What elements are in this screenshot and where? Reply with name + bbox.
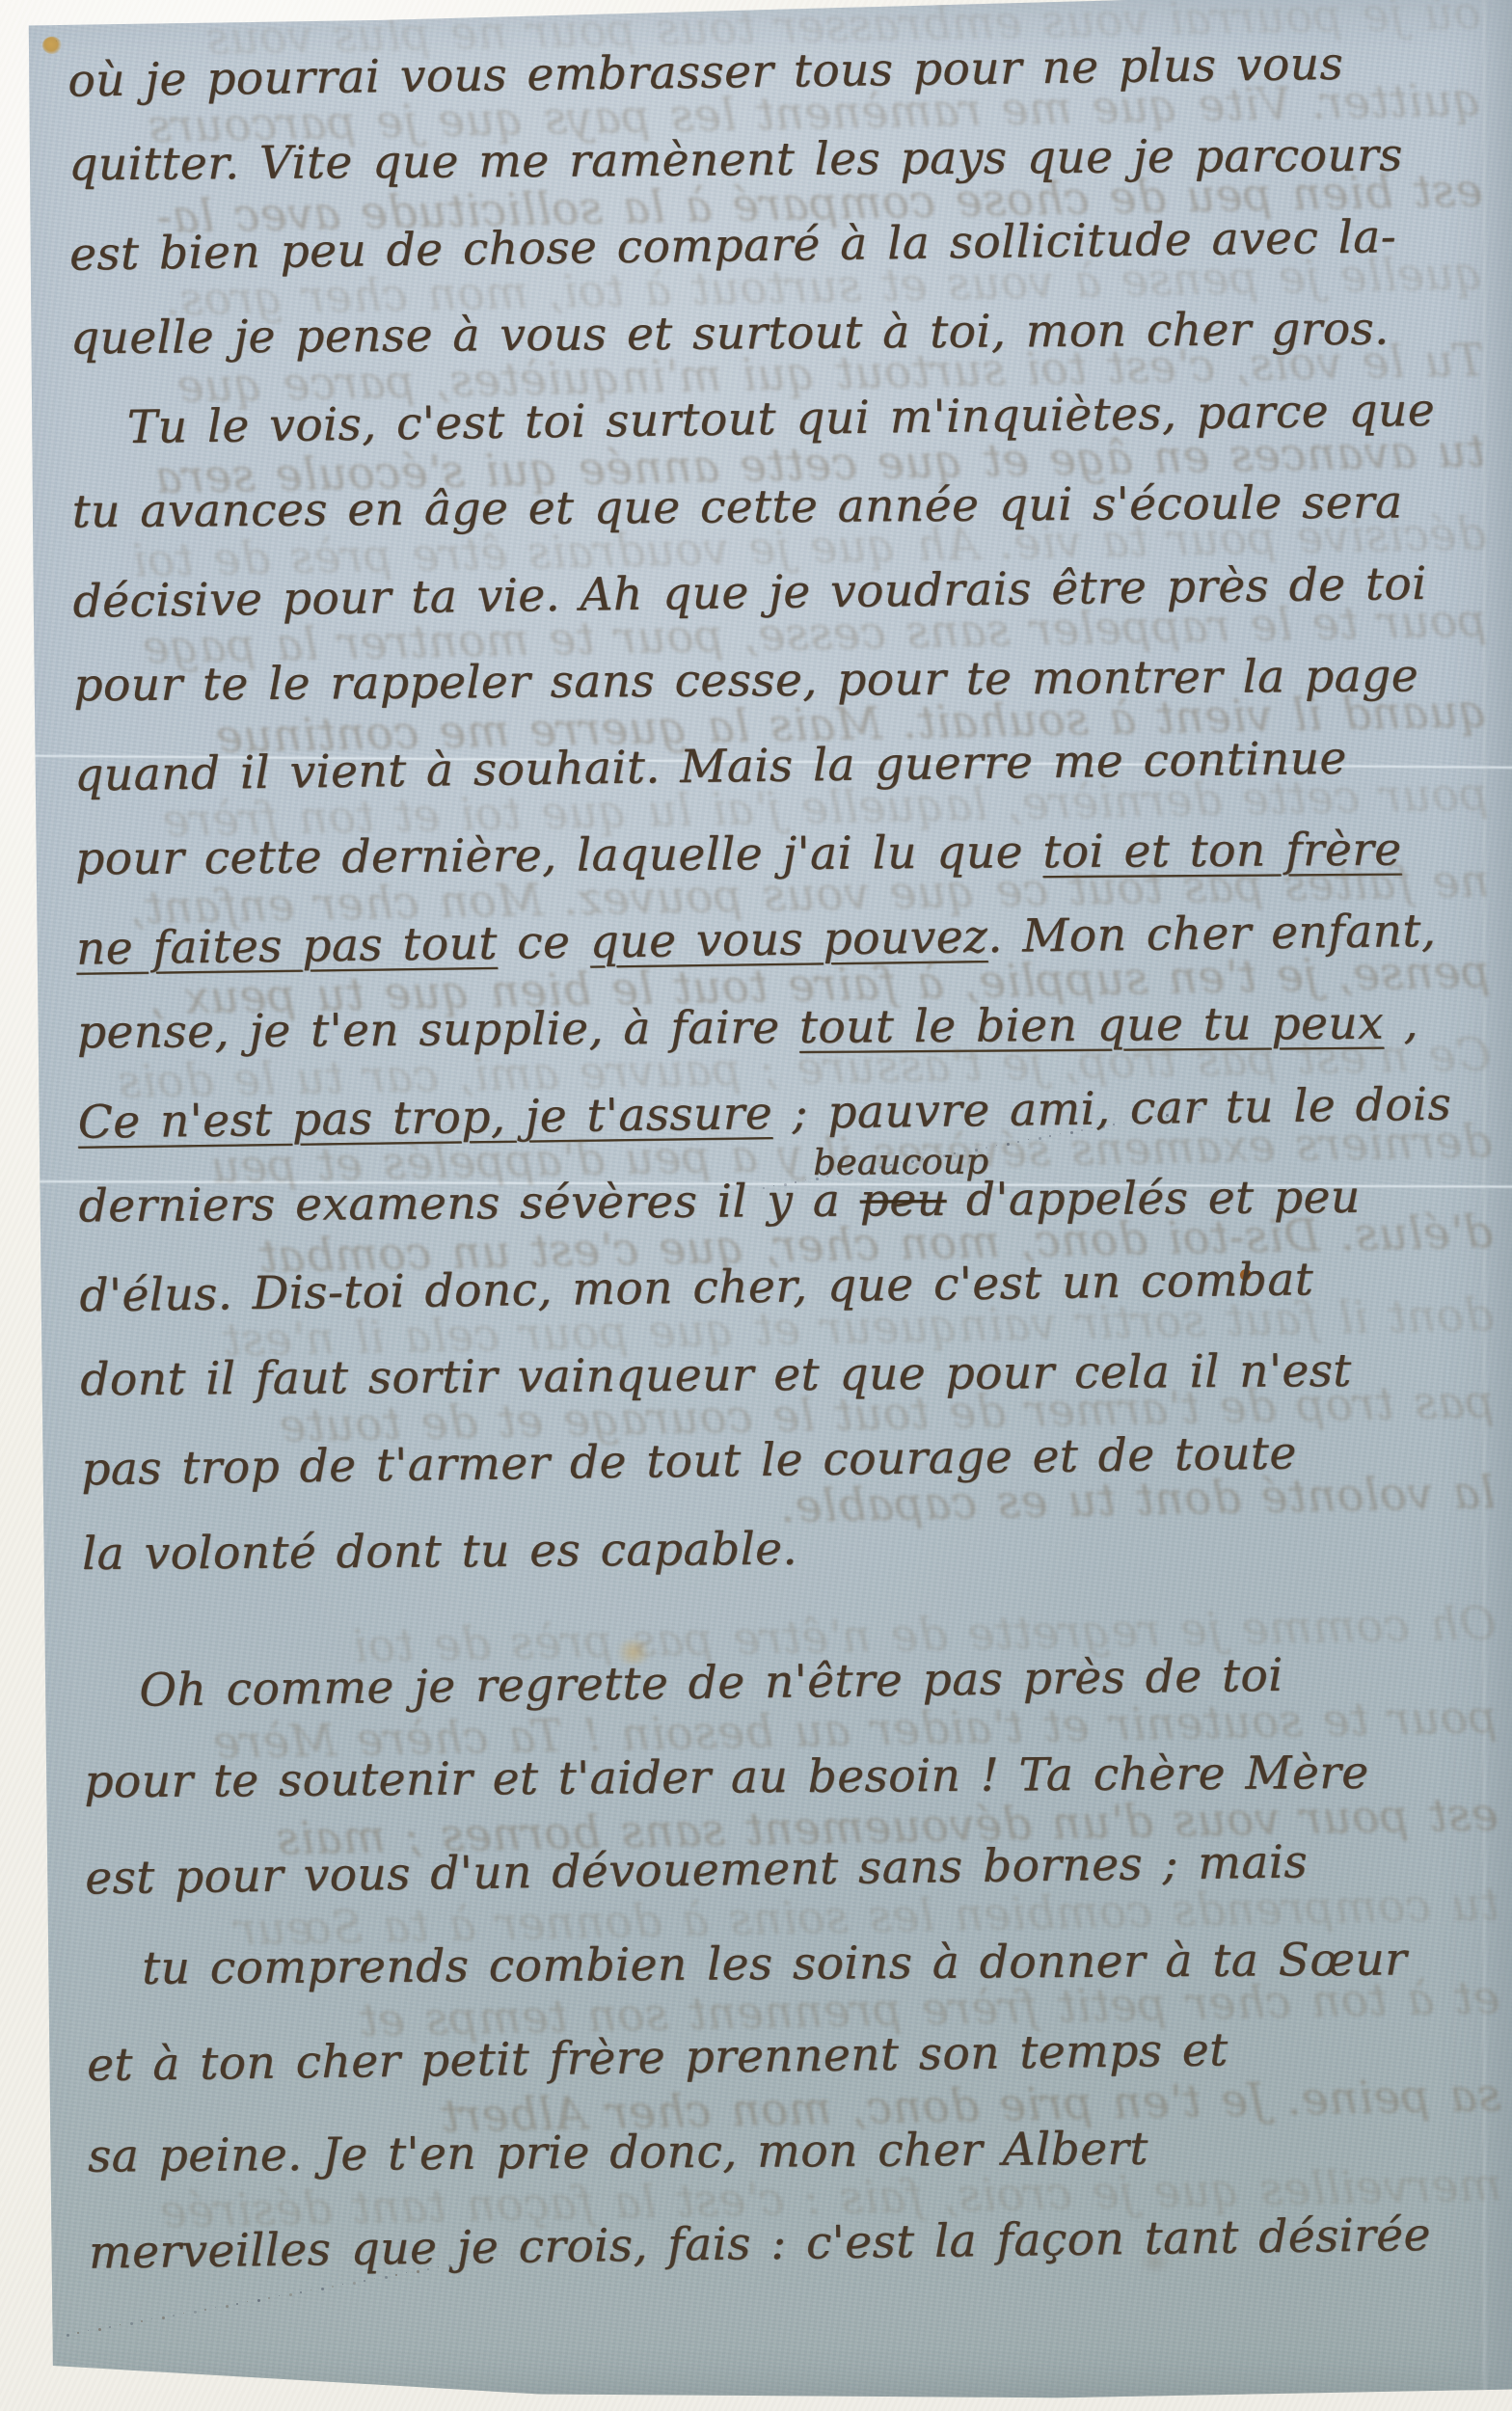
ink-text: Oh comme je regrette de n'être pas près … bbox=[139, 1632, 1284, 1736]
underlined-phrase: toi et ton frère bbox=[1042, 823, 1402, 879]
ink-text: ne faites pas tout ce que vous pouvez. M… bbox=[76, 891, 1437, 990]
text-segment: pense, je t'en supplie, à faire bbox=[77, 1001, 799, 1059]
ink-text: et à ton cher petit frère prennent son t… bbox=[87, 2006, 1229, 2110]
handwriting-line: tu avances en âge et que cette année qui… bbox=[71, 459, 1472, 559]
text-segment: Tu le vois, c'est toi surtout qui m'inqu… bbox=[127, 384, 1436, 454]
text-segment: tu comprends combien les soins à donner … bbox=[142, 1933, 1407, 1994]
text-segment: pour cette dernière, laquelle j'ai lu qu… bbox=[75, 826, 1043, 885]
underlined-phrase: que vous pouvez bbox=[589, 910, 987, 969]
text-segment: d'élus. Dis-toi donc, mon cher, que c'es… bbox=[79, 1253, 1313, 1322]
scan-background: { "meta": { "description": "Scanned sing… bbox=[0, 0, 1512, 2411]
paper-speck bbox=[247, 2301, 248, 2302]
handwriting-line: est pour vous d'un dévouement sans borne… bbox=[85, 1819, 1486, 1926]
ink-text: dont il faut sortir vainqueur et que pou… bbox=[80, 1331, 1352, 1421]
paper-speck bbox=[194, 2311, 197, 2314]
handwriting-line: pas trop de t'armer de tout le courage e… bbox=[81, 1414, 1482, 1514]
handwriting-line: pour cette dernière, laquelle j'ai lu qu… bbox=[75, 806, 1476, 907]
text-segment: quand il vient à souhait. Mais la guerre… bbox=[74, 732, 1347, 802]
handwriting-line: quand il vient à souhait. Mais la guerre… bbox=[74, 719, 1475, 820]
text-segment: . Mon cher enfant, bbox=[987, 905, 1437, 963]
text-segment: la volonté dont tu es capable. bbox=[82, 1523, 797, 1581]
ink-text: merveilles que je crois, fais : c'est la… bbox=[88, 2191, 1431, 2298]
paper-speck bbox=[130, 2322, 133, 2325]
paper-speck bbox=[215, 2307, 216, 2308]
paper-speck bbox=[226, 2305, 229, 2308]
text-segment: merveilles que je crois, fais : c'est la… bbox=[89, 2208, 1432, 2280]
text-segment: , bbox=[1384, 996, 1418, 1049]
underlined-phrase: tout le bien que tu peux bbox=[799, 997, 1384, 1054]
ink-text: est bien peu de chose comparé à la solli… bbox=[69, 197, 1397, 295]
ink-text: où je pourrai vous embrasser tous pour n… bbox=[67, 24, 1344, 122]
handwriting-line: la volonté dont tu es capable.la volonté… bbox=[82, 1501, 1483, 1601]
paper-speck bbox=[120, 2324, 121, 2325]
ink-text: derniers examens sévères il y a peubeauc… bbox=[78, 1157, 1361, 1248]
paper-speck bbox=[88, 2330, 89, 2331]
ink-text: pour te le rappeler sans cesse, pour te … bbox=[73, 636, 1418, 726]
underlined-phrase: ne faites pas tout bbox=[76, 917, 498, 976]
text-segment: sa peine. Je t'en prie donc, mon cher Al… bbox=[88, 2123, 1148, 2183]
paper-speck bbox=[204, 2309, 206, 2311]
ink-text: est pour vous d'un dévouement sans borne… bbox=[85, 1818, 1309, 1923]
underlined-phrase: Ce n'est pas trop, je t'assure bbox=[77, 1087, 772, 1150]
paper-speck bbox=[56, 41, 57, 41]
ink-text: quelle je pense à vous et surtout à toi,… bbox=[70, 289, 1390, 380]
handwriting-line: tu comprends combien les soins à donner … bbox=[86, 1912, 1487, 2019]
paper-speck bbox=[257, 2299, 260, 2302]
paragraph: où je pourrai vous embrasser tous pour n… bbox=[67, 25, 1482, 1601]
handwriting-line: et à ton cher petit frère prennent son t… bbox=[87, 2006, 1488, 2113]
ink-text: pour te soutenir et t'aider au besoin ! … bbox=[84, 1729, 1369, 1828]
handwriting-line: Oh comme je regrette de n'être pas près … bbox=[83, 1632, 1484, 1739]
ink-text: pas trop de t'armer de tout le courage e… bbox=[81, 1413, 1298, 1510]
handwriting-line: quelle je pense à vous et surtout à toi,… bbox=[70, 285, 1471, 386]
text-segment: où je pourrai vous embrasser tous pour n… bbox=[67, 38, 1343, 108]
text-segment: décisive pour ta vie. Ah que je voudrais… bbox=[72, 557, 1427, 629]
handwriting-line: pense, je t'en supplie, à faire tout le … bbox=[77, 980, 1478, 1080]
ink-text: pense, je t'en supplie, à faire tout le … bbox=[77, 983, 1419, 1073]
text-segment: Oh comme je regrette de n'être pas près … bbox=[139, 1649, 1283, 1718]
paper-speck bbox=[109, 2326, 111, 2328]
ink-text: quitter. Vite que me ramènent les pays q… bbox=[68, 115, 1403, 205]
ink-text: Ce n'est pas trop, je t'assure ; pauvre … bbox=[77, 1065, 1451, 1164]
interlinear-insert: beaucoup bbox=[813, 1122, 989, 1204]
paper-speck bbox=[77, 2332, 79, 2334]
handwriting-line: derniers examens sévères il y a peu d'ap… bbox=[78, 1153, 1479, 1254]
handwriting-line: ne faites pas tout ce que vous pouvez. M… bbox=[76, 893, 1477, 993]
paragraph: Oh comme je regrette de n'être pas près … bbox=[83, 1632, 1489, 2300]
handwriting-line: d'élus. Dis-toi donc, mon cher, que c'es… bbox=[79, 1240, 1480, 1341]
paper-speck bbox=[98, 2328, 101, 2331]
handwriting-line: où je pourrai vous embrasser tous pour n… bbox=[67, 25, 1469, 125]
ink-text: tu comprends combien les soins à donner … bbox=[142, 1915, 1408, 2013]
text-segment: et à ton cher petit frère prennent son t… bbox=[87, 2023, 1228, 2092]
paper-speck bbox=[183, 2313, 184, 2314]
text-segment: est bien peu de chose comparé à la solli… bbox=[69, 210, 1397, 281]
letter-sheet: où je pourrai vous embrasser tous pour n… bbox=[0, 0, 1512, 2411]
handwriting-line: quitter. Vite que me ramènent les pays q… bbox=[68, 112, 1470, 212]
paper-speck bbox=[151, 2318, 152, 2319]
text-segment: dont il faut sortir vainqueur et que pou… bbox=[80, 1344, 1352, 1406]
handwriting-line: pour te le rappeler sans cesse, pour te … bbox=[73, 633, 1474, 733]
handwriting-line: Tu le vois, c'est toi surtout qui m'inqu… bbox=[70, 372, 1471, 473]
handwriting-line: est bien peu de chose comparé à la solli… bbox=[69, 199, 1471, 299]
handwriting-line: pour te soutenir et t'aider au besoin ! … bbox=[84, 1725, 1485, 1832]
paper-speck bbox=[67, 2334, 69, 2337]
text-segment: quelle je pense à vous et surtout à toi,… bbox=[70, 303, 1390, 366]
ink-text: quand il vient à souhait. Mais la guerre… bbox=[74, 718, 1347, 817]
text-segment: tu avances en âge et que cette année qui… bbox=[72, 475, 1403, 538]
paper-speck bbox=[162, 2316, 165, 2319]
ink-text: Tu le vois, c'est toi surtout qui m'inqu… bbox=[126, 370, 1435, 469]
handwriting-line: sa peine. Je t'en prie donc, mon cher Al… bbox=[88, 2099, 1489, 2207]
handwriting-line: dont il faut sortir vainqueur et que pou… bbox=[80, 1327, 1481, 1427]
text-segment: ce bbox=[497, 916, 590, 970]
text-segment: d'appelés et peu bbox=[946, 1171, 1361, 1227]
text-segment: derniers examens sévères il y a bbox=[78, 1175, 860, 1233]
text-segment: quitter. Vite que me ramènent les pays q… bbox=[68, 128, 1403, 191]
ink-text: pour cette dernière, laquelle j'ai lu qu… bbox=[75, 809, 1402, 900]
text-segment: est pour vous d'un dévouement sans borne… bbox=[85, 1835, 1308, 1905]
ink-text: sa peine. Je t'en prie donc, mon cher Al… bbox=[88, 2105, 1148, 2202]
paper-speck bbox=[141, 2320, 143, 2322]
text-segment: pour te soutenir et t'aider au besoin ! … bbox=[84, 1747, 1369, 1809]
handwriting-line: merveilles que je crois, fais : c'est la… bbox=[89, 2193, 1490, 2300]
handwriting-line: décisive pour ta vie. Ah que je voudrais… bbox=[72, 546, 1473, 646]
text-segment: pas trop de t'armer de tout le courage e… bbox=[81, 1426, 1297, 1496]
ink-text: décisive pour ta vie. Ah que je voudrais… bbox=[72, 544, 1427, 643]
ink-text: la volonté dont tu es capable. bbox=[82, 1509, 797, 1595]
foxing-spot bbox=[42, 37, 62, 54]
paper-speck bbox=[173, 2315, 175, 2316]
ink-text: d'élus. Dis-toi donc, mon cher, que c'es… bbox=[79, 1239, 1314, 1337]
text-segment: pour te le rappeler sans cesse, pour te … bbox=[73, 649, 1418, 712]
paper-speck bbox=[236, 2303, 238, 2305]
handwriting-line: Ce n'est pas trop, je t'assure ; pauvre … bbox=[77, 1067, 1478, 1167]
handwriting-block: où je pourrai vous embrasser tous pour n… bbox=[67, 25, 1489, 2300]
ink-text: tu avances en âge et que cette année qui… bbox=[71, 462, 1402, 553]
